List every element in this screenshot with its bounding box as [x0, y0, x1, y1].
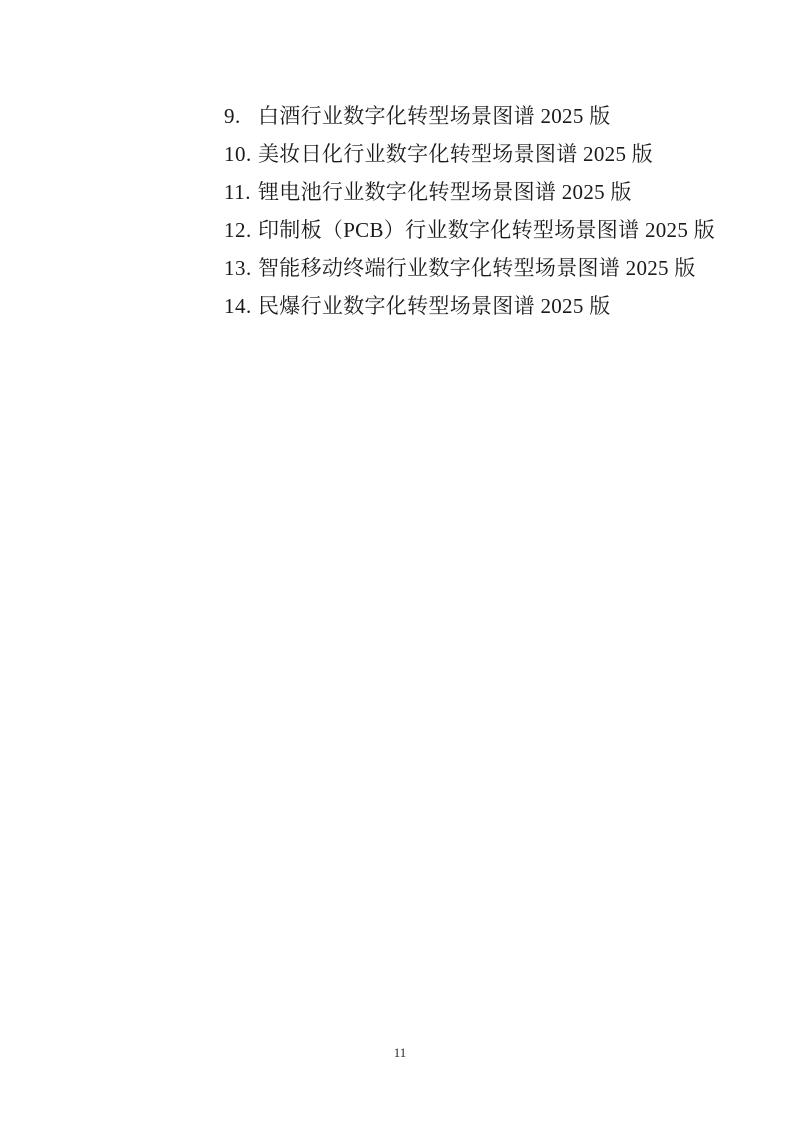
list-item: 13. 智能移动终端行业数字化转型场景图谱 2025 版 [224, 249, 740, 287]
list-item-number: 11. [224, 173, 258, 211]
page-number: 11 [0, 1045, 800, 1061]
list-item-text: 美妆日化行业数字化转型场景图谱 2025 版 [258, 135, 653, 173]
list-item: 12. 印制板（PCB）行业数字化转型场景图谱 2025 版 [224, 211, 740, 249]
list-item-number: 13. [224, 249, 258, 287]
list-item-text: 印制板（PCB）行业数字化转型场景图谱 2025 版 [258, 211, 715, 249]
list-item-number: 10. [224, 135, 258, 173]
document-page: 9. 白酒行业数字化转型场景图谱 2025 版 10. 美妆日化行业数字化转型场… [0, 0, 800, 1131]
list-item-text: 智能移动终端行业数字化转型场景图谱 2025 版 [258, 249, 696, 287]
list-item-text: 民爆行业数字化转型场景图谱 2025 版 [258, 287, 611, 325]
list-item-text: 锂电池行业数字化转型场景图谱 2025 版 [258, 173, 632, 211]
list-item: 14. 民爆行业数字化转型场景图谱 2025 版 [224, 287, 740, 325]
list-item-number: 12. [224, 211, 258, 249]
list-item: 11. 锂电池行业数字化转型场景图谱 2025 版 [224, 173, 740, 211]
numbered-list: 9. 白酒行业数字化转型场景图谱 2025 版 10. 美妆日化行业数字化转型场… [224, 97, 740, 325]
list-item-text: 白酒行业数字化转型场景图谱 2025 版 [258, 97, 611, 135]
list-item-number: 14. [224, 287, 258, 325]
list-item-number: 9. [224, 97, 258, 135]
list-item: 10. 美妆日化行业数字化转型场景图谱 2025 版 [224, 135, 740, 173]
list-item: 9. 白酒行业数字化转型场景图谱 2025 版 [224, 97, 740, 135]
